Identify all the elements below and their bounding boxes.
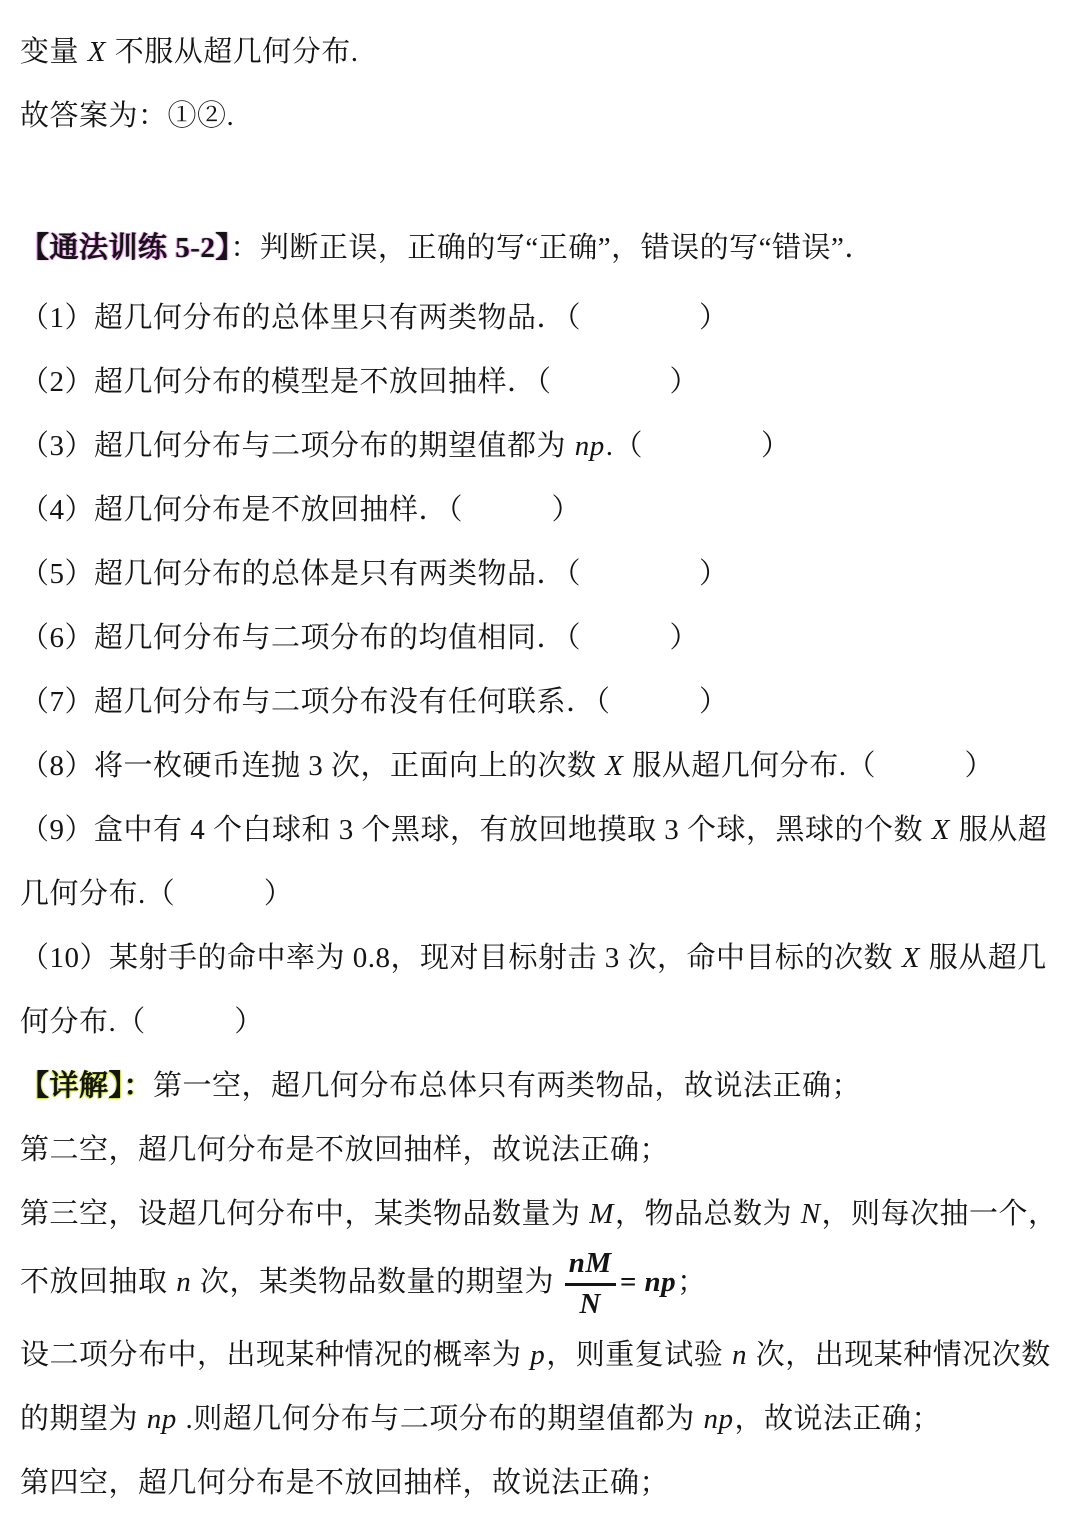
solution-line: 【详解】：第一空，超几何分布总体只有两类物品，故说法正确； <box>20 1054 1068 1118</box>
question-line: （9）盒中有 4 个白球和 3 个黑球，有放回地摸取 3 个球，黑球的个数 X … <box>20 798 1068 926</box>
solution-line: 的期望为 np .则超几何分布与二项分布的期望值都为 np，故说法正确； <box>20 1387 1068 1451</box>
document-page: 变量 X 不服从超几何分布.故答案为：①②. 【通法训练 5-2】：判断正误，正… <box>0 0 1080 1532</box>
question-line: （10）某射手的命中率为 0.8，现对目标射击 3 次，命中目标的次数 X 服从… <box>20 926 1068 1054</box>
question-list: （1）超几何分布的总体里只有两类物品．（ ）（2）超几何分布的模型是不放回抽样．… <box>20 286 1068 1054</box>
solution-line: 第三空，设超几何分布中，某类物品数量为 M，物品总数为 N，则每次抽一个， <box>20 1182 1068 1246</box>
math-variable: N <box>800 1198 822 1230</box>
question-line: （5）超几何分布的总体是只有两类物品．（ ） <box>20 542 1068 606</box>
math-variable: M <box>588 1198 615 1230</box>
solution-line: 第二空，超几何分布是不放回抽样，故说法正确； <box>20 1118 1068 1182</box>
exercise-section: 【通法训练 5-2】：判断正误，正确的写“正确”，错误的写“错误”． （1）超几… <box>20 216 1068 1054</box>
solution-section: 【详解】：第一空，超几何分布总体只有两类物品，故说法正确；第二空，超几何分布是不… <box>20 1054 1068 1515</box>
question-line: （2）超几何分布的模型是不放回抽样．（ ） <box>20 350 1068 414</box>
fraction-denominator: N <box>565 1286 616 1321</box>
math-expression: = np <box>619 1266 677 1298</box>
conclusion-line: 故答案为：①②. <box>20 84 1068 148</box>
math-variable: np <box>146 1403 178 1435</box>
solution-line: 第四空，超几何分布是不放回抽样，故说法正确； <box>20 1451 1068 1515</box>
question-line: （8）将一枚硬币连抛 3 次，正面向上的次数 X 服从超几何分布.（ ） <box>20 734 1068 798</box>
exercise-instruction: ：判断正误，正确的写“正确”，错误的写“错误”． <box>230 232 874 264</box>
question-line: （3）超几何分布与二项分布的期望值都为 np.（ ） <box>20 414 1068 478</box>
fraction-numerator: nM <box>565 1248 616 1286</box>
math-variable: X <box>87 36 107 68</box>
question-line: （1）超几何分布的总体里只有两类物品．（ ） <box>20 286 1068 350</box>
math-variable: p <box>529 1339 546 1371</box>
math-variable: X <box>931 814 951 846</box>
math-variable: n <box>731 1339 748 1371</box>
exercise-title: 【通法训练 5-2】 <box>20 232 230 264</box>
math-variable: X <box>901 942 921 974</box>
conclusion-line: 变量 X 不服从超几何分布. <box>20 20 1068 84</box>
fraction: nMN <box>565 1248 616 1321</box>
solution-line: 设二项分布中，出现某种情况的概率为 p，则重复试验 n 次，出现某种情况次数 <box>20 1323 1068 1387</box>
answer-conclusion-section: 变量 X 不服从超几何分布.故答案为：①②. <box>20 20 1068 148</box>
math-variable: X <box>604 750 624 782</box>
question-line: （4）超几何分布是不放回抽样．（ ） <box>20 478 1068 542</box>
solution-label: 【详解】： <box>20 1070 153 1102</box>
exercise-heading: 【通法训练 5-2】：判断正误，正确的写“正确”，错误的写“错误”． <box>20 216 1068 280</box>
math-variable: n <box>175 1266 192 1298</box>
math-variable: np <box>703 1403 735 1435</box>
math-variable: np <box>574 430 606 462</box>
question-line: （7）超几何分布与二项分布没有任何联系．（ ） <box>20 670 1068 734</box>
question-line: （6）超几何分布与二项分布的均值相同．（ ） <box>20 606 1068 670</box>
solution-line: 不放回抽取 n 次，某类物品数量的期望为 nMN= np； <box>20 1246 1068 1323</box>
